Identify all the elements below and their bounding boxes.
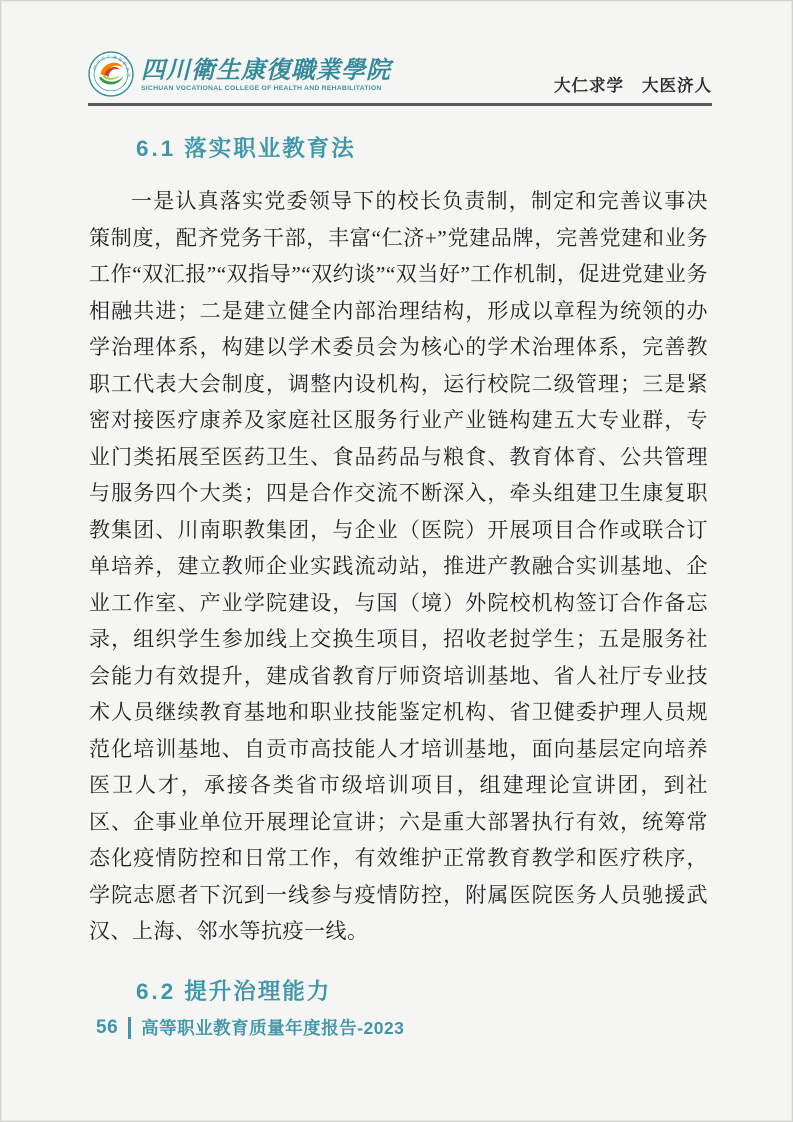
page-number: 56 [96, 1017, 118, 1039]
page-footer: 56 高等职业教育质量年度报告-2023 [96, 1015, 404, 1040]
college-name-en: SICHUAN VOCATIONAL COLLEGE OF HEALTH AND… [141, 85, 391, 92]
report-title: 高等职业教育质量年度报告-2023 [141, 1015, 404, 1040]
section-number: 6.2 [136, 979, 176, 1004]
section-heading-6-1: 6.1落实职业教育法 [136, 131, 708, 163]
section-title: 提升治理能力 [184, 979, 331, 1004]
page-header: 四川卫生康复职业学院 四川衛生康復職業學院 SICHUAN VOCATIONAL… [88, 51, 712, 106]
footer-separator [128, 1017, 131, 1039]
motto-left: 大仁求学 [554, 72, 624, 96]
section-number: 6.1 [136, 136, 176, 161]
college-logo: 四川卫生康复职业学院 四川衛生康復職業學院 SICHUAN VOCATIONAL… [88, 51, 391, 97]
section-6-1-paragraph: 一是认真落实党委领导下的校长负责制，制定和完善议事决策制度，配齐党务干部，丰富“… [89, 183, 708, 950]
page-content: 6.1落实职业教育法 一是认真落实党委领导下的校长负责制，制定和完善议事决策制度… [89, 109, 708, 1006]
report-page: 四川卫生康复职业学院 四川衛生康復職業學院 SICHUAN VOCATIONAL… [0, 0, 793, 1122]
section-heading-6-2: 6.2提升治理能力 [136, 974, 708, 1006]
college-motto: 大仁求学大医济人 [554, 72, 712, 96]
motto-right: 大医济人 [642, 72, 712, 96]
college-name-zh: 四川衛生康復職業學院 [141, 57, 391, 83]
college-seal-icon: 四川卫生康复职业学院 [88, 51, 134, 97]
college-name-block: 四川衛生康復職業學院 SICHUAN VOCATIONAL COLLEGE OF… [141, 57, 391, 92]
section-title: 落实职业教育法 [184, 136, 356, 161]
